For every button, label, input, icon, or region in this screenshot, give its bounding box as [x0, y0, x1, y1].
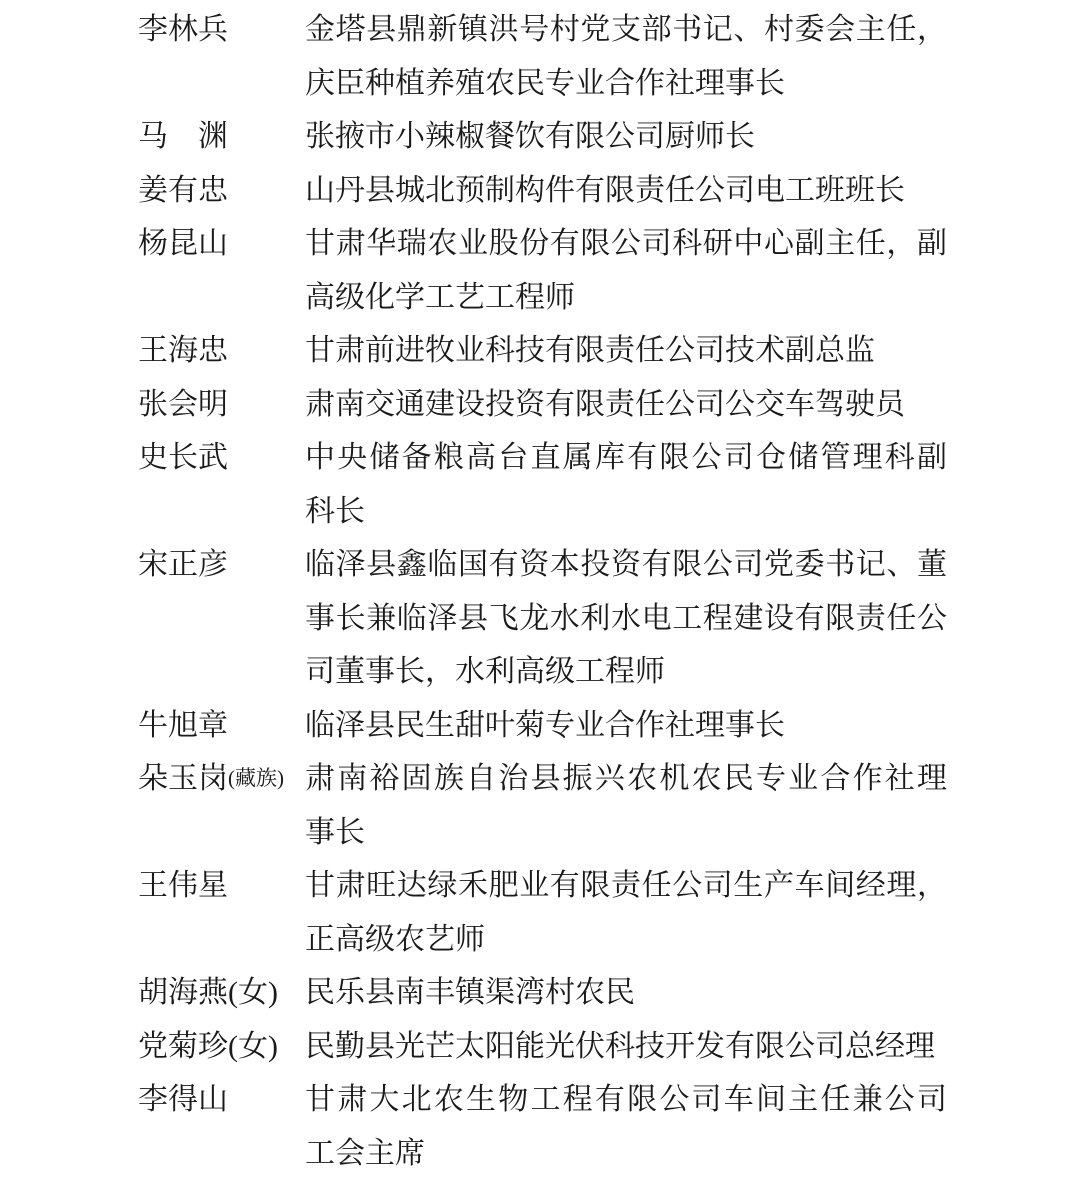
desc-line: 庆臣种植养殖农民专业合作社理事长: [305, 57, 947, 111]
honoree-desc: 张掖市小辣椒餐饮有限公司厨师长: [305, 110, 947, 164]
honoree-name-cell: 朵玉岗(藏族): [138, 752, 305, 806]
desc-line: 甘肃大北农生物工程有限公司车间主任兼公司: [305, 1073, 947, 1127]
honoree-name-cell: 胡海燕(女): [138, 966, 305, 1020]
list-item: 牛旭章 临泽县民生甜叶菊专业合作社理事长: [138, 699, 947, 753]
honoree-desc: 中央储备粮高台直属库有限公司仓储管理科副科长: [305, 431, 947, 538]
list-item: 宋正彦 临泽县鑫临国有资本投资有限公司党委书记、董事长兼临泽县飞龙水利水电工程建…: [138, 538, 947, 699]
desc-line: 肃南裕固族自治县振兴农机农民专业合作社理: [305, 752, 947, 806]
honoree-name-cell: 姜有忠: [138, 164, 305, 218]
desc-line: 临泽县民生甜叶菊专业合作社理事长: [305, 699, 947, 753]
honoree-name: 史长武: [138, 431, 228, 485]
honoree-name: 张会明: [138, 378, 228, 432]
list-item: 张会明 肃南交通建设投资有限责任公司公交车驾驶员: [138, 378, 947, 432]
honoree-desc: 甘肃前进牧业科技有限责任公司技术副总监: [305, 324, 947, 378]
list-item: 王伟星 甘肃旺达绿禾肥业有限责任公司生产车间经理，正高级农艺师: [138, 859, 947, 966]
desc-line: 事长: [305, 806, 947, 860]
honoree-desc: 肃南裕固族自治县振兴农机农民专业合作社理事长: [305, 752, 947, 859]
honoree-name-suffix: (女): [228, 1020, 278, 1074]
list-item: 李林兵 金塔县鼎新镇洪号村党支部书记、村委会主任，庆臣种植养殖农民专业合作社理事…: [138, 3, 947, 110]
honoree-name: 王伟星: [138, 859, 228, 913]
desc-line: 科长: [305, 485, 947, 539]
honoree-name-cell: 李林兵: [138, 3, 305, 57]
desc-line: 高级化学工艺工程师: [305, 271, 947, 325]
honoree-name-suffix: (女): [228, 966, 278, 1020]
honoree-name: 李得山: [138, 1073, 228, 1127]
desc-line: 山丹县城北预制构件有限责任公司电工班班长: [305, 164, 947, 218]
honoree-name: 胡海燕: [138, 966, 228, 1020]
honoree-desc: 甘肃大北农生物工程有限公司车间主任兼公司工会主席: [305, 1073, 947, 1180]
honoree-name-cell: 张会明: [138, 378, 305, 432]
honoree-desc: 民乐县南丰镇渠湾村农民: [305, 966, 947, 1020]
honoree-name: 牛旭章: [138, 699, 228, 753]
desc-line: 正高级农艺师: [305, 913, 947, 967]
list-item: 杨昆山 甘肃华瑞农业股份有限公司科研中心副主任，副高级化学工艺工程师: [138, 217, 947, 324]
honoree-name-suffix: (藏族): [228, 752, 284, 806]
desc-line: 民乐县南丰镇渠湾村农民: [305, 966, 947, 1020]
list-item: 胡海燕(女) 民乐县南丰镇渠湾村农民: [138, 966, 947, 1020]
desc-line: 司董事长，水利高级工程师: [305, 645, 947, 699]
honoree-name-cell: 党菊珍(女): [138, 1020, 305, 1074]
list-item: 马渊 张掖市小辣椒餐饮有限公司厨师长: [138, 110, 947, 164]
honoree-name: 王海忠: [138, 324, 228, 378]
honoree-desc: 民勤县光芒太阳能光伏科技开发有限公司总经理: [305, 1020, 947, 1074]
honoree-name-cell: 宋正彦: [138, 538, 305, 592]
honoree-name: 姜有忠: [138, 164, 228, 218]
honoree-desc: 肃南交通建设投资有限责任公司公交车驾驶员: [305, 378, 947, 432]
honoree-desc: 临泽县民生甜叶菊专业合作社理事长: [305, 699, 947, 753]
desc-line: 工会主席: [305, 1127, 947, 1180]
honoree-name: 宋正彦: [138, 538, 228, 592]
honoree-list: 李林兵 金塔县鼎新镇洪号村党支部书记、村委会主任，庆臣种植养殖农民专业合作社理事…: [138, 3, 947, 1180]
list-item: 史长武 中央储备粮高台直属库有限公司仓储管理科副科长: [138, 431, 947, 538]
honoree-name-cell: 牛旭章: [138, 699, 305, 753]
list-item: 朵玉岗(藏族) 肃南裕固族自治县振兴农机农民专业合作社理事长: [138, 752, 947, 859]
desc-line: 甘肃旺达绿禾肥业有限责任公司生产车间经理，: [305, 859, 947, 913]
honoree-desc: 金塔县鼎新镇洪号村党支部书记、村委会主任，庆臣种植养殖农民专业合作社理事长: [305, 3, 947, 110]
list-item: 姜有忠 山丹县城北预制构件有限责任公司电工班班长: [138, 164, 947, 218]
honoree-desc: 山丹县城北预制构件有限责任公司电工班班长: [305, 164, 947, 218]
honoree-name-cell: 王海忠: [138, 324, 305, 378]
desc-line: 金塔县鼎新镇洪号村党支部书记、村委会主任，: [305, 3, 947, 57]
honoree-name: 李林兵: [138, 3, 228, 57]
desc-line: 甘肃前进牧业科技有限责任公司技术副总监: [305, 324, 947, 378]
honoree-name: 马渊: [138, 110, 228, 164]
list-item: 李得山 甘肃大北农生物工程有限公司车间主任兼公司工会主席: [138, 1073, 947, 1180]
desc-line: 事长兼临泽县飞龙水利水电工程建设有限责任公: [305, 592, 947, 646]
list-item: 党菊珍(女) 民勤县光芒太阳能光伏科技开发有限公司总经理: [138, 1020, 947, 1074]
honoree-name-cell: 史长武: [138, 431, 305, 485]
desc-line: 张掖市小辣椒餐饮有限公司厨师长: [305, 110, 947, 164]
honoree-name-cell: 王伟星: [138, 859, 305, 913]
desc-line: 肃南交通建设投资有限责任公司公交车驾驶员: [305, 378, 947, 432]
honoree-name: 杨昆山: [138, 217, 228, 271]
desc-line: 临泽县鑫临国有资本投资有限公司党委书记、董: [305, 538, 947, 592]
document-page: 李林兵 金塔县鼎新镇洪号村党支部书记、村委会主任，庆臣种植养殖农民专业合作社理事…: [0, 0, 1080, 1180]
desc-line: 中央储备粮高台直属库有限公司仓储管理科副: [305, 431, 947, 485]
honoree-name-cell: 李得山: [138, 1073, 305, 1127]
honoree-desc: 甘肃华瑞农业股份有限公司科研中心副主任，副高级化学工艺工程师: [305, 217, 947, 324]
honoree-name: 党菊珍: [138, 1020, 228, 1074]
list-item: 王海忠 甘肃前进牧业科技有限责任公司技术副总监: [138, 324, 947, 378]
honoree-desc: 甘肃旺达绿禾肥业有限责任公司生产车间经理，正高级农艺师: [305, 859, 947, 966]
desc-line: 甘肃华瑞农业股份有限公司科研中心副主任，副: [305, 217, 947, 271]
honoree-name-cell: 杨昆山: [138, 217, 305, 271]
honoree-desc: 临泽县鑫临国有资本投资有限公司党委书记、董事长兼临泽县飞龙水利水电工程建设有限责…: [305, 538, 947, 699]
honoree-name: 朵玉岗: [138, 752, 228, 806]
desc-line: 民勤县光芒太阳能光伏科技开发有限公司总经理: [305, 1020, 947, 1074]
honoree-name-cell: 马渊: [138, 110, 305, 164]
